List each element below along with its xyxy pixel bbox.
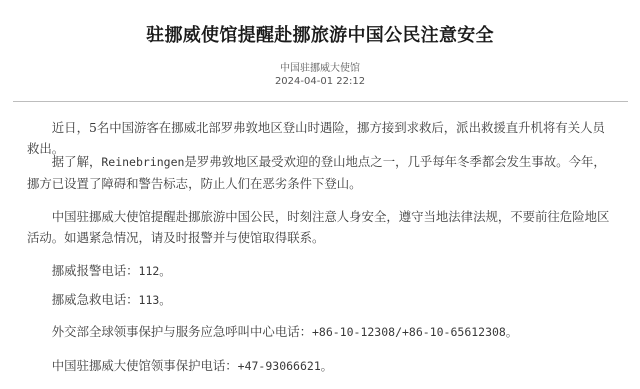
- article-meta: 中国驻挪威大使馆 2024-04-01 22:12: [0, 62, 640, 88]
- contact-label: 挪威急救电话：: [52, 292, 139, 307]
- paragraph-prefix: 据了解，: [52, 154, 102, 169]
- contact-label: 中国驻挪威大使馆领事保护电话：: [52, 358, 238, 373]
- paragraph-advisory: 中国驻挪威大使馆提醒赴挪旅游中国公民，时刻注意人身安全，遵守当地法律法规，不要前…: [27, 206, 615, 248]
- paragraph-text: 中国驻挪威大使馆提醒赴挪旅游中国公民，时刻注意人身安全，遵守当地法律法规，不要前…: [27, 209, 609, 245]
- article-source: 中国驻挪威大使馆: [0, 62, 640, 75]
- contact-mfa-hotline: 外交部全球领事保护与服务应急呼叫中心电话：+86-10-12308/+86-10…: [27, 321, 615, 343]
- header-divider: [13, 101, 628, 102]
- contact-police: 挪威报警电话：112。: [27, 260, 615, 282]
- place-name: Reinebringen: [101, 155, 184, 169]
- paragraph-background: 据了解，Reinebringen是罗弗敦地区最受欢迎的登山地点之一，几乎每年冬季…: [27, 151, 615, 194]
- contact-number: +86-10-12308/+86-10-65612308。: [312, 325, 517, 339]
- contact-embassy-consular: 中国驻挪威大使馆领事保护电话：+47-93066621。: [27, 355, 615, 377]
- contact-number: +47-93066621。: [238, 359, 333, 373]
- contact-label: 外交部全球领事保护与服务应急呼叫中心电话：: [52, 324, 312, 339]
- contact-label: 挪威报警电话：: [52, 263, 139, 278]
- article-title: 驻挪威使馆提醒赴挪旅游中国公民注意安全: [0, 24, 640, 48]
- news-article: 驻挪威使馆提醒赴挪旅游中国公民注意安全 中国驻挪威大使馆 2024-04-01 …: [0, 0, 640, 389]
- contact-number: 113。: [139, 293, 171, 307]
- article-datetime: 2024-04-01 22:12: [0, 75, 640, 88]
- contact-ambulance: 挪威急救电话：113。: [27, 289, 615, 311]
- contact-number: 112。: [139, 264, 171, 278]
